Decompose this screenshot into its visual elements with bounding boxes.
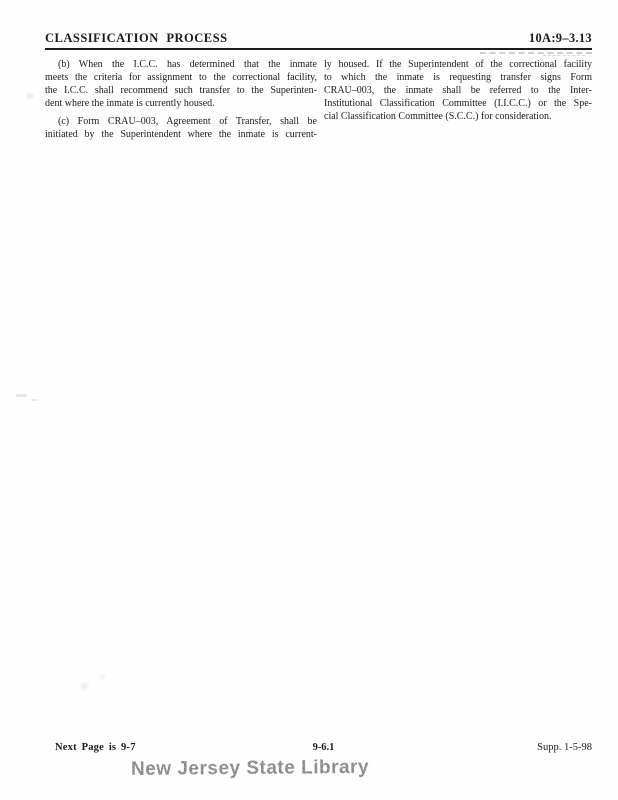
text-line: (b) When the I.C.C. has determined that …	[45, 58, 317, 71]
paragraph-c: (c) Form CRAU–003, Agreement of Transfer…	[45, 115, 317, 141]
body-columns: (b) When the I.C.C. has determined that …	[45, 58, 592, 141]
header-rule-scan-artifact	[480, 52, 592, 54]
paragraph-b: (b) When the I.C.C. has determined that …	[45, 58, 317, 110]
scan-artifact	[31, 399, 38, 401]
page-footer: Next Page is 9-7 9-6.1 Supp. 1-5-98	[45, 742, 592, 753]
page-title: CLASSIFICATION PROCESS	[45, 31, 228, 46]
scan-artifact	[96, 671, 109, 682]
column-right: ly housed. If the Superintendent of the …	[324, 58, 592, 141]
library-stamp: New Jersey State Library	[131, 757, 369, 781]
text-line: meets the criteria for assignment to the…	[45, 71, 317, 84]
text-line: Institutional Classification Committee (…	[324, 97, 592, 110]
text-line: the I.C.C. shall recommend such transfer…	[45, 84, 317, 97]
text-line: CRAU–003, the inmate shall be referred t…	[324, 84, 592, 97]
scan-artifact	[22, 90, 38, 102]
footer-supplement: Supp. 1-5-98	[413, 742, 592, 753]
text-line: (c) Form CRAU–003, Agreement of Transfer…	[45, 115, 317, 128]
text-line: cial Classification Committee (S.C.C.) f…	[324, 110, 592, 123]
text-line: initiated by the Superintendent where th…	[45, 128, 317, 141]
scanned-page: CLASSIFICATION PROCESS 10A:9–3.13 (b) Wh…	[0, 0, 618, 800]
page-header: CLASSIFICATION PROCESS 10A:9–3.13	[45, 31, 592, 46]
scan-artifact	[16, 394, 27, 397]
footer-page-number: 9-6.1	[234, 742, 413, 753]
scan-artifact	[76, 679, 93, 694]
text-line: dent where the inmate is currently house…	[45, 97, 317, 110]
footer-next-page: Next Page is 9-7	[45, 742, 234, 753]
text-line: ly housed. If the Superintendent of the …	[324, 58, 592, 71]
section-citation: 10A:9–3.13	[529, 31, 592, 46]
header-rule-scan-artifact	[543, 55, 585, 56]
paragraph-c-continuation: ly housed. If the Superintendent of the …	[324, 58, 592, 123]
header-rule	[45, 48, 592, 50]
text-line: to which the inmate is requesting transf…	[324, 71, 592, 84]
column-left: (b) When the I.C.C. has determined that …	[45, 58, 317, 141]
